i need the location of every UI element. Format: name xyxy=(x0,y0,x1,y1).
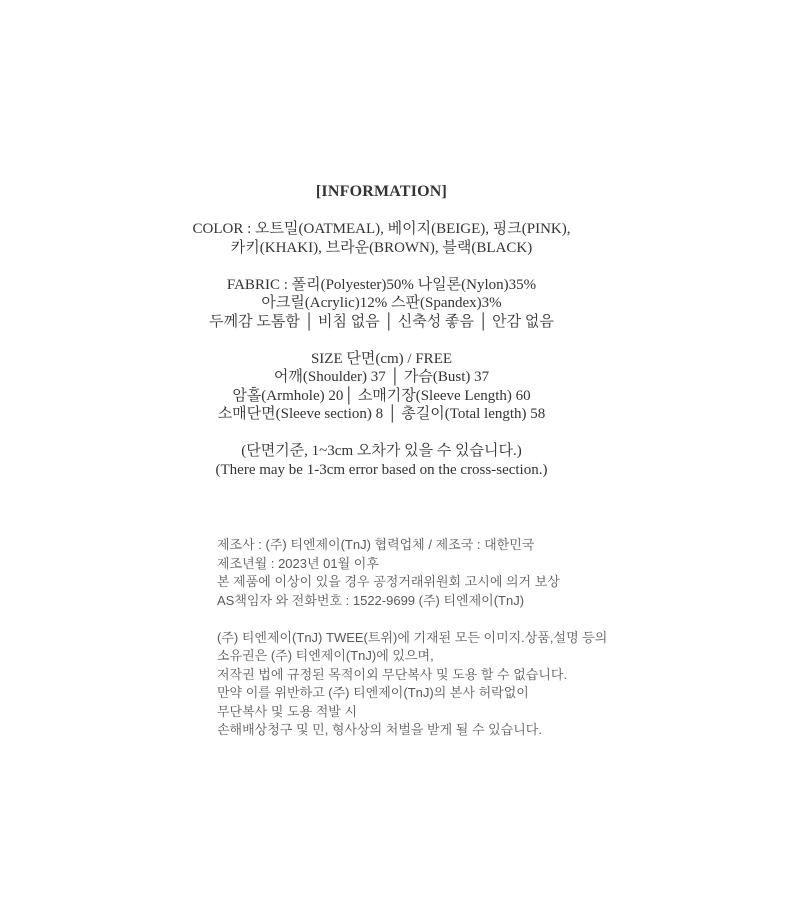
size-line: SIZE 단면(cm) / FREE xyxy=(0,350,763,369)
size-line: 소매단면(Sleeve section) 8 │ 총길이(Total lengt… xyxy=(0,405,763,424)
note-line-ko: (단면기준, 1~3cm 오차가 있을 수 있습니다.) xyxy=(0,442,763,461)
size-line: 어깨(Shoulder) 37 │ 가슴(Bust) 37 xyxy=(0,368,763,387)
color-section: COLOR : 오트밀(OATMEAL), 베이지(BEIGE), 핑크(PIN… xyxy=(0,220,763,257)
manufacturer-line: 제조년월 : 2023년 01월 이후 xyxy=(217,555,800,574)
copyright-line: 손해배상청구 및 민, 형사상의 처벌을 받게 될 수 있습니다. xyxy=(217,721,800,740)
copyright-notice: (주) 티엔제이(TnJ) TWEE(트위)에 기재된 모든 이미지.상품,설명… xyxy=(217,629,800,740)
size-line: 암홀(Armhole) 20│ 소매기장(Sleeve Length) 60 xyxy=(0,387,763,406)
fabric-line: 두께감 도톰함 │ 비침 없음 │ 신축성 좋음 │ 안감 없음 xyxy=(0,313,763,332)
color-line: 카키(KHAKI), 브라운(BROWN), 블랙(BLACK) xyxy=(0,239,763,258)
copyright-line: 무단복사 및 도용 적발 시 xyxy=(217,703,800,722)
copyright-line: (주) 티엔제이(TnJ) TWEE(트위)에 기재된 모든 이미지.상품,설명… xyxy=(217,629,800,648)
note-line-en: (There may be 1-3cm error based on the c… xyxy=(0,461,763,480)
size-section: SIZE 단면(cm) / FREE 어깨(Shoulder) 37 │ 가슴(… xyxy=(0,350,763,424)
fabric-line: 아크릴(Acrylic)12% 스판(Spandex)3% xyxy=(0,294,763,313)
manufacturer-line: 제조사 : (주) 티엔제이(TnJ) 협력업체 / 제조국 : 대한민국 xyxy=(217,536,800,555)
legal-section: 제조사 : (주) 티엔제이(TnJ) 협력업체 / 제조국 : 대한민국 제조… xyxy=(0,536,800,740)
manufacturer-line: AS책임자 와 전화번호 : 1522-9699 (주) 티엔제이(TnJ) xyxy=(217,592,800,611)
product-information-page: [INFORMATION] COLOR : 오트밀(OATMEAL), 베이지(… xyxy=(0,0,800,906)
information-title: [INFORMATION] xyxy=(0,183,763,202)
paragraph-spacer xyxy=(217,610,800,629)
measurement-note: (단면기준, 1~3cm 오차가 있을 수 있습니다.) (There may … xyxy=(0,442,763,479)
manufacturer-line: 본 제품에 이상이 있을 경우 공정거래위원회 고시에 의거 보상 xyxy=(217,573,800,592)
manufacturer-info: 제조사 : (주) 티엔제이(TnJ) 협력업체 / 제조국 : 대한민국 제조… xyxy=(217,536,800,610)
copyright-line: 만약 이를 위반하고 (주) 티엔제이(TnJ)의 본사 허락없이 xyxy=(217,684,800,703)
color-line: COLOR : 오트밀(OATMEAL), 베이지(BEIGE), 핑크(PIN… xyxy=(0,220,763,239)
fabric-line: FABRIC : 폴리(Polyester)50% 나일론(Nylon)35% xyxy=(0,276,763,295)
copyright-line: 소유권은 (주) 티엔제이(TnJ)에 있으며, xyxy=(217,647,800,666)
copyright-line: 저작권 법에 규정된 목적이외 무단복사 및 도용 할 수 없습니다. xyxy=(217,666,800,685)
fabric-section: FABRIC : 폴리(Polyester)50% 나일론(Nylon)35% … xyxy=(0,276,763,332)
information-section: [INFORMATION] COLOR : 오트밀(OATMEAL), 베이지(… xyxy=(0,0,800,479)
